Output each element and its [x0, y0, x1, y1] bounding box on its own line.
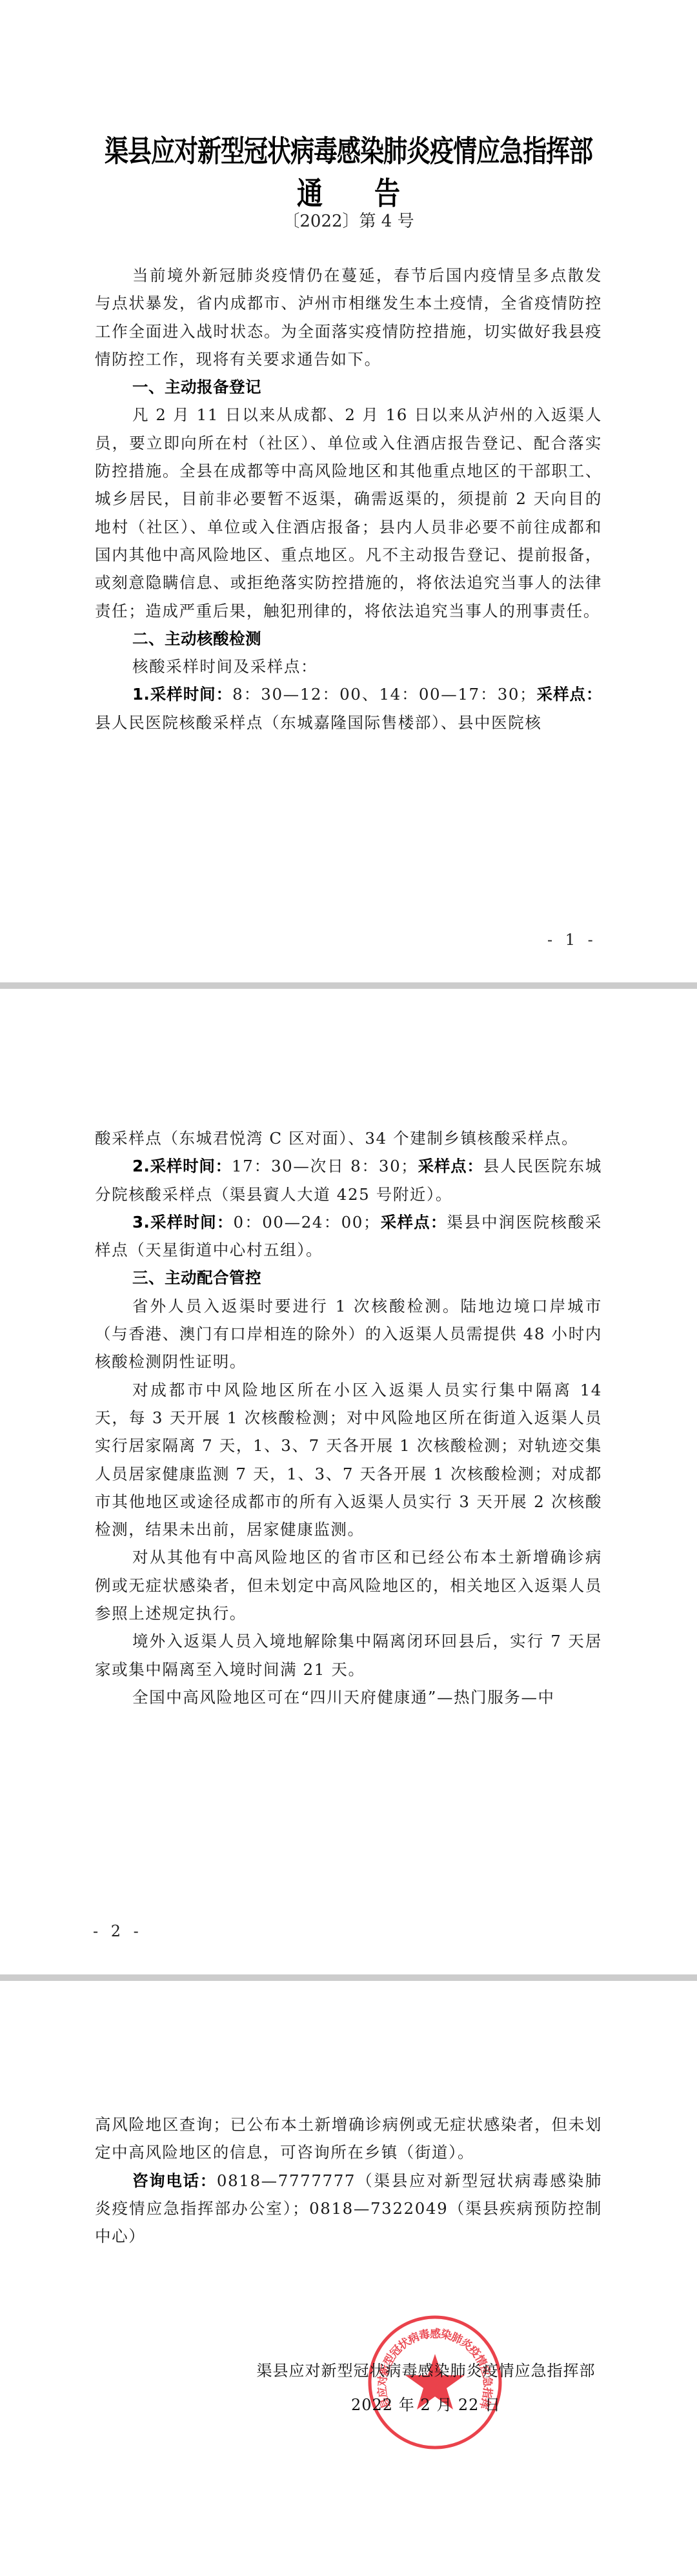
sampling-item-2: 2.采样时间：17：30—次日 8：30；采样点：县人民医院东城分院核酸采样点（… — [95, 1152, 602, 1208]
page-number-2: - 2 - — [93, 1922, 143, 1940]
section-heading-2: 二、主动核酸检测 — [95, 625, 602, 653]
signature-date: 2022 年 2 月 22 日 — [290, 2392, 561, 2415]
item1-time: 8：30—12：00、14：00—17：30； — [232, 685, 536, 704]
official-seal-icon: 渠县应对新型冠状病毒感染肺炎疫情应急指挥部 — [367, 2314, 503, 2451]
document-number: 〔2022〕第 4 号 — [0, 208, 697, 232]
item2-site-label: 采样点： — [418, 1157, 483, 1175]
section3-paragraph-5: 全国中高风险地区可在“四川天府健康通”—热门服务—中 — [95, 1683, 602, 1711]
section3-paragraph-4: 境外入返渠人员入境地解除集中隔离闭环回县后，实行 7 天居家或集中隔离至入境时间… — [95, 1627, 602, 1683]
page-separator-2 — [0, 1974, 697, 1981]
page-number-1: - 1 - — [547, 931, 597, 949]
item3-site-label: 采样点： — [380, 1213, 447, 1232]
signature-organization: 渠县应对新型冠状病毒感染肺炎疫情应急指挥部 — [239, 2358, 613, 2380]
section3-paragraph-5-continued: 高风险地区查询；已公布本土新增确诊病例或无症状感染者，但未划定中高风险地区的信息… — [95, 2111, 602, 2167]
sampling-item-1: 1.采样时间：8：30—12：00、14：00—17：30；采样点：县人民医院核… — [95, 680, 602, 736]
section1-paragraph: 凡 2 月 11 日以来从成都、2 月 16 日以来从泸州的入返渠人员，要立即向… — [95, 401, 602, 624]
item3-time-label: 3.采样时间： — [132, 1213, 234, 1232]
hotline-label: 咨询电话： — [132, 2171, 217, 2190]
section3-paragraph-3: 对从其他有中高风险地区的省市区和已经公布本土新增确诊病例或无症状感染者，但未划定… — [95, 1543, 602, 1627]
subtitle-char-2: 告 — [374, 169, 400, 213]
document-subtitle: 通告 — [0, 169, 697, 213]
hotline-paragraph: 咨询电话：0818—7777777（渠县应对新型冠状病毒感染肺炎疫情应急指挥部办… — [95, 2167, 602, 2251]
section3-paragraph-2: 对成都市中风险地区所在小区入返渠人员实行集中隔离 14 天，每 3 天开展 1 … — [95, 1376, 602, 1544]
item2-time-label: 2.采样时间： — [132, 1157, 232, 1175]
item1-time-label: 1.采样时间： — [132, 685, 232, 704]
section-heading-1: 一、主动报备登记 — [95, 373, 602, 401]
sampling-item-3: 3.采样时间：0：00—24：00；采样点：渠县中润医院核酸采样点（天星街道中心… — [95, 1208, 602, 1264]
item2-time: 17：30—次日 8：30； — [232, 1157, 418, 1175]
section3-paragraph-1: 省外人员入返渠时要进行 1 次核酸检测。陆地边境口岸城市（与香港、澳门有口岸相连… — [95, 1292, 602, 1376]
section-heading-3: 三、主动配合管控 — [95, 1264, 602, 1292]
page3-body: 高风险地区查询；已公布本土新增确诊病例或无症状感染者，但未划定中高风险地区的信息… — [95, 2111, 602, 2250]
page2-body: 酸采样点（东城君悦湾 C 区对面）、34 个建制乡镇核酸采样点。 2.采样时间：… — [95, 1124, 602, 1711]
page1-body: 当前境外新冠肺炎疫情仍在蔓延，春节后国内疫情呈多点散发与点状暴发，省内成都市、泸… — [95, 261, 602, 736]
intro-paragraph: 当前境外新冠肺炎疫情仍在蔓延，春节后国内疫情呈多点散发与点状暴发，省内成都市、泸… — [95, 261, 602, 373]
page-separator-1 — [0, 982, 697, 989]
item3-time: 0：00—24：00； — [234, 1213, 381, 1232]
subtitle-char-1: 通 — [297, 169, 323, 213]
document-title: 渠县应对新型冠状病毒感染肺炎疫情应急指挥部 — [0, 127, 697, 170]
item1-site-label: 采样点： — [536, 685, 602, 704]
item1-site: 县人民医院核酸采样点（东城嘉隆国际售楼部）、县中医院核 — [95, 713, 541, 732]
item1-site-continued: 酸采样点（东城君悦湾 C 区对面）、34 个建制乡镇核酸采样点。 — [95, 1124, 602, 1152]
section2-intro: 核酸采样时间及采样点： — [95, 653, 602, 680]
